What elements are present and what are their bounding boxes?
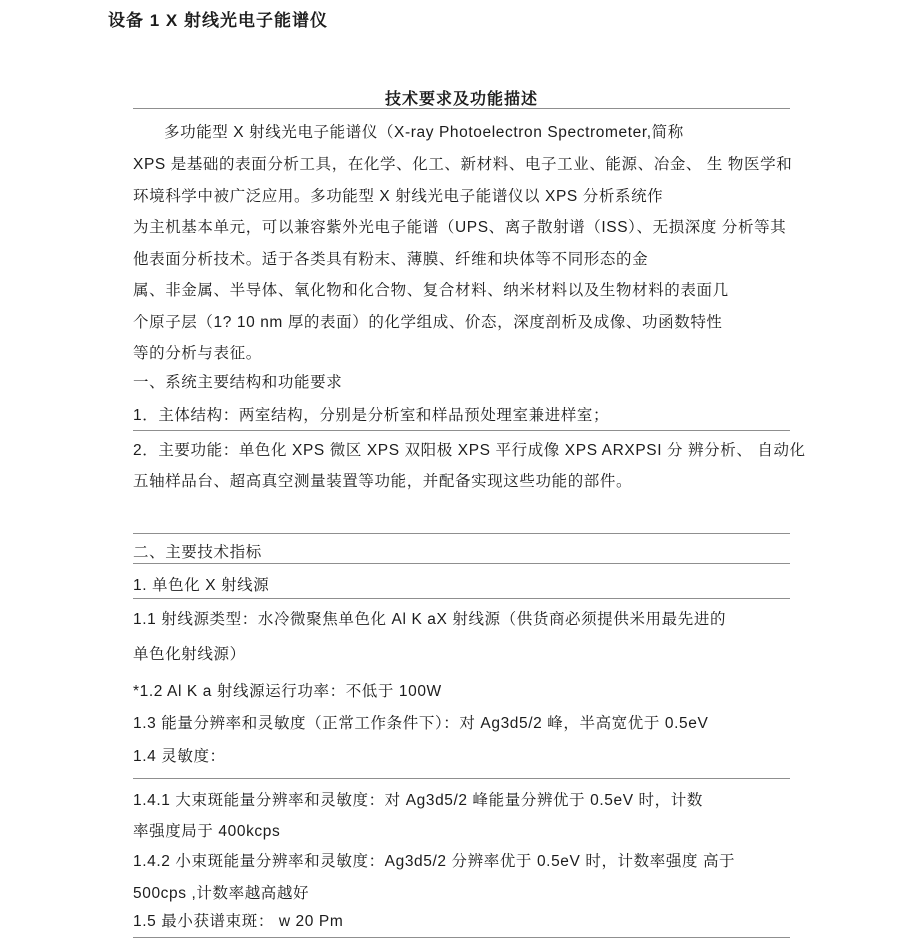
divider (133, 533, 790, 534)
item-1-4-1-line1: 1.4.1 大束斑能量分辨率和灵敏度：对 Ag3d5/2 峰能量分辨优于 0.5… (133, 791, 793, 811)
divider (133, 563, 790, 564)
item-1-5: 1.5 最小获谱束斑： w 20 Pm (133, 912, 793, 932)
divider (133, 937, 790, 938)
section1-item1: 1．主体结构：两室结构，分别是分析室和样品预处理室兼进样室； (133, 406, 793, 426)
item-1-1-line1: 1.1 射线源类型：水冷微聚焦单色化 Al K aX 射线源（供货商必须提供米用… (133, 610, 793, 630)
item-1-4: 1.4 灵敏度： (133, 747, 793, 767)
section1-item2-line1: 2．主要功能：单色化 XPS 微区 XPS 双阳极 XPS 平行成像 XPS A… (133, 441, 793, 461)
item-1-3: 1.3 能量分辨率和灵敏度（正常工作条件下）：对 Ag3d5/2 峰，半高宽优于… (133, 714, 793, 734)
section2-heading: 二、主要技术指标 (133, 543, 793, 563)
section-heading-center: 技术要求及功能描述 (133, 86, 790, 109)
item-1-4-2-line1: 1.4.2 小束斑能量分辨率和灵敏度：Ag3d5/2 分辨率优于 0.5eV 时… (133, 852, 793, 872)
divider (133, 778, 790, 779)
intro-line: 等的分析与表征。 (133, 344, 793, 364)
intro-line: 为主机基本单元，可以兼容紫外光电子能谱（UPS、离子散射谱（ISS）、无损深度 … (133, 218, 793, 238)
section1-item2-line2: 五轴样品台、超高真空测量装置等功能，并配备实现这些功能的部件。 (133, 472, 793, 492)
item-1-2: *1.2 Al K a 射线源运行功率：不低于 100W (133, 682, 793, 702)
intro-line: 属、非金属、半导体、氧化物和化合物、复合材料、纳米材料以及生物材料的表面几 (133, 281, 793, 301)
divider (133, 108, 790, 109)
divider (133, 598, 790, 599)
divider (133, 430, 790, 431)
intro-line: XPS 是基础的表面分析工具，在化学、化工、新材料、电子工业、能源、冶金、 生 … (133, 155, 793, 175)
item-1-1-line2: 单色化射线源） (133, 645, 793, 665)
item-1-4-2-line2: 500cps ,计数率越高越好 (133, 884, 793, 904)
document-title: 设备 1 X 射线光电子能谱仪 (108, 6, 328, 31)
intro-line: 多功能型 X 射线光电子能谱仪（X-ray Photoelectron Spec… (133, 123, 824, 143)
section2-sub1-heading: 1. 单色化 X 射线源 (133, 576, 793, 596)
item-1-4-1-line2: 率强度局于 400kcps (133, 822, 793, 842)
section1-heading: 一、系统主要结构和功能要求 (133, 373, 793, 393)
document-page: 设备 1 X 射线光电子能谱仪 技术要求及功能描述 多功能型 X 射线光电子能谱… (0, 0, 920, 949)
intro-line: 个原子层（1? 10 nm 厚的表面）的化学组成、价态，深度剖析及成像、功函数特… (133, 313, 793, 333)
intro-line: 他表面分析技术。适于各类具有粉末、薄膜、纤维和块体等不同形态的金 (133, 250, 793, 270)
intro-line: 环境科学中被广泛应用。多功能型 X 射线光电子能谱仪以 XPS 分析系统作 (133, 187, 793, 207)
